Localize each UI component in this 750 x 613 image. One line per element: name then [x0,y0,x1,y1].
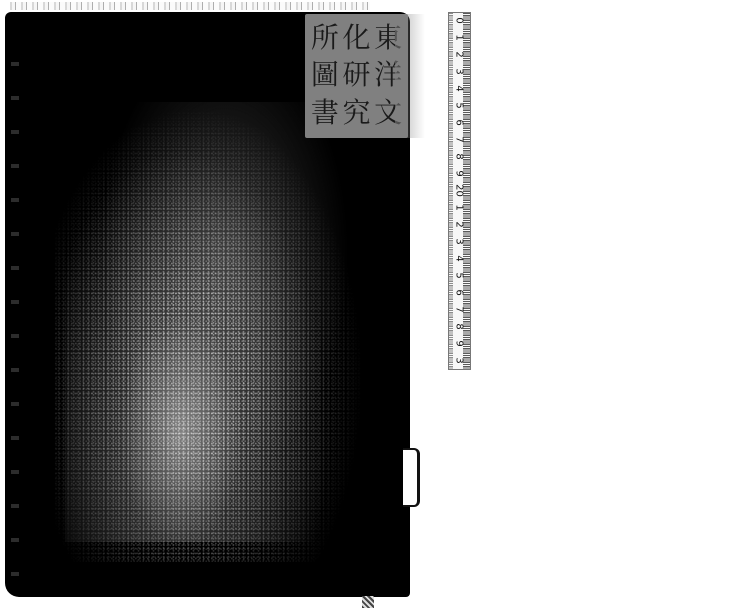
ruler-number: 8 [454,150,465,164]
library-seal-stamp: 東洋文化研究所圖書 [305,14,408,138]
ruler-number: 5 [454,269,465,283]
seal-shadow [395,14,425,138]
seal-character: 究 [341,95,373,132]
ruler-number: 9 [454,337,465,351]
ruler-number: 2 [454,218,465,232]
seal-character: 研 [341,57,373,94]
scanned-page: 東洋文化研究所圖書 0123456789201234567893 [0,0,750,613]
ruler-number: 7 [454,303,465,317]
cover-texture [55,102,365,562]
ruler-number: 3 [454,235,465,249]
ruler-number: 6 [454,116,465,130]
measurement-ruler: 0123456789201234567893 [448,12,471,370]
cover-left-edge [11,32,19,597]
ruler-number: 3 [454,354,465,368]
ruler-number: 7 [454,133,465,147]
ruler-number: 0 [454,14,465,28]
ruler-number: 8 [454,320,465,334]
ruler-number: 4 [454,82,465,96]
bottom-label-tab [362,596,374,608]
ruler-number: 1 [454,31,465,45]
ruler-ticks-left [449,13,453,369]
page-top-edge [10,2,370,10]
seal-character: 圖 [309,57,341,94]
seal-character: 所 [309,20,341,57]
seal-character: 書 [309,95,341,132]
seal-character: 化 [341,20,373,57]
ruler-number: 4 [454,252,465,266]
ruler-number: 1 [454,201,465,215]
ruler-number: 2 [454,48,465,62]
ruler-number: 9 [454,167,465,181]
ruler-number: 5 [454,99,465,113]
binding-tie [403,448,420,507]
ruler-number: 20 [454,184,465,198]
ruler-number: 3 [454,65,465,79]
ruler-number: 6 [454,286,465,300]
